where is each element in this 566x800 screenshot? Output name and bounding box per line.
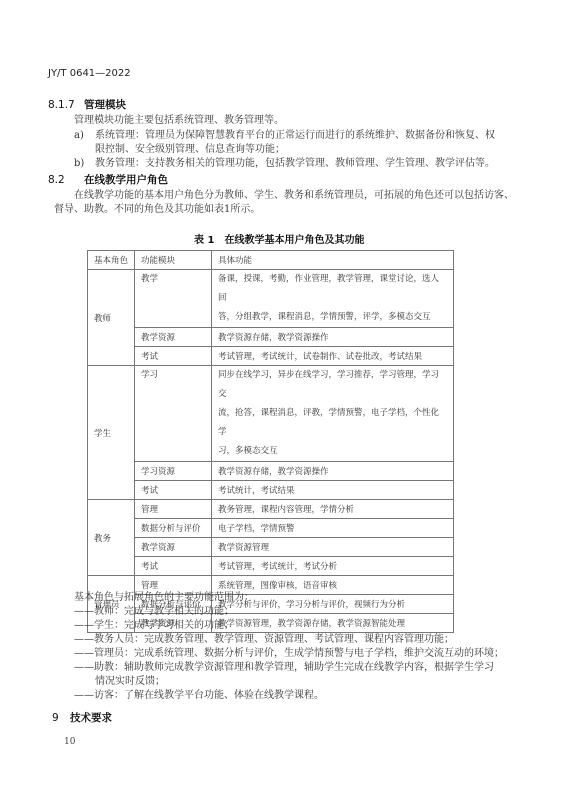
module-cell: 考试 <box>135 557 212 576</box>
table-header-row: 基本角色 功能模块 具体功能 <box>88 251 454 270</box>
module-cell: 考试 <box>135 347 212 366</box>
page-number: 10 <box>64 737 75 747</box>
function-cell: 考试管理，考试统计，试卷制作、试卷批改，考试结果 <box>212 347 454 366</box>
function-cell: 考试统计，考试结果 <box>212 481 454 500</box>
function-cell: 教学资源存储，教学资源操作 <box>212 328 454 347</box>
table-caption: 表 1 在线教学基本用户角色及其功能 <box>194 231 364 246</box>
table-row: 学生 学习 同步在线学习，异步在线学习，学习推荐，学习管理，学习交流，抢答，课程… <box>88 366 454 462</box>
section-number: 8.2 <box>48 174 84 186</box>
function-cell: 同步在线学习，异步在线学习，学习推荐，学习管理，学习交流，抢答，课程消息，评教，… <box>212 366 454 462</box>
module-cell: 管理 <box>135 500 212 519</box>
module-cell: 学习资源 <box>135 462 212 481</box>
section-heading-9: 9技术要求 <box>52 710 112 725</box>
function-cell: 教学资源管理，教学资源存储，教学资源智能处理 <box>212 614 454 633</box>
section-title: 在线教学用户角色 <box>84 174 168 186</box>
list-item-text: 系统管理：管理员为保障智慧教育平台的正常运行而进行的系统维护、数据备份和恢复、权 <box>95 129 495 143</box>
document-number: JY/T 0641—2022 <box>48 68 131 79</box>
function-cell: 教学资源管理 <box>212 538 454 557</box>
module-cell: 考试 <box>135 481 212 500</box>
paragraph: 在线教学功能的基本用户角色分为教师、学生、教务和系统管理员，可拓展的角色还可以包… <box>74 189 514 203</box>
section-heading-8-1-7: 8.1.7管理模块 <box>48 97 126 112</box>
module-cell: 学习 <box>135 366 212 462</box>
table-row: 考试 考试统计，考试结果 <box>88 481 454 500</box>
role-cell: 教务 <box>88 500 135 576</box>
section-number: 9 <box>52 712 70 724</box>
table-row: 教师 教学 备课，授课，考勤，作业管理，教学管理，课堂讨论，选人回答，分组教学，… <box>88 270 454 328</box>
header-cell: 基本角色 <box>88 251 135 270</box>
section-title: 管理模块 <box>84 99 126 111</box>
list-item-marker: a) <box>74 129 84 143</box>
table-row: 学习资源 教学资源存储，教学资源操作 <box>88 462 454 481</box>
list-item-text: 教务管理：支持教务相关的管理功能，包括教学管理、教师管理、学生管理、教学评估等。 <box>95 157 495 171</box>
table-row: 教学资源 教学资源管理 <box>88 538 454 557</box>
dash-list-item: ——教师：完成与教学相关的功能； <box>74 605 234 619</box>
table-row: 教务 管理 教务管理，课程内容管理，学情分析 <box>88 500 454 519</box>
dash-list-item: ——学生：完成与学习相关的功能； <box>74 619 234 633</box>
paragraph: 基本角色与拓展角色的主要功能范围为： <box>74 591 254 605</box>
role-cell: 教师 <box>88 270 135 366</box>
header-cell: 功能模块 <box>135 251 212 270</box>
dash-list-item: ——教务人员：完成教务管理、教学管理、资源管理、考试管理、课程内容管理功能； <box>74 633 454 647</box>
section-title: 技术要求 <box>70 712 112 724</box>
list-item-marker: b) <box>74 157 84 171</box>
list-item-text-cont: 限控制、安全级别管理、信息查询等功能； <box>95 143 285 157</box>
function-line: 备课，授课，考勤，作业管理，教学管理，课堂讨论，选人回 <box>218 270 447 308</box>
table-row: 考试 考试管理，考试统计，考试分析 <box>88 557 454 576</box>
roles-table: 基本角色 功能模块 具体功能 教师 教学 备课，授课，考勤，作业管理，教学管理，… <box>87 250 454 633</box>
dash-list-item-cont: 情况实时反馈； <box>95 675 165 689</box>
table-row: 教学资源 教学资源存储，教学资源操作 <box>88 328 454 347</box>
table-row: 考试 考试管理，考试统计，试卷制作、试卷批改，考试结果 <box>88 347 454 366</box>
section-heading-8-2: 8.2在线教学用户角色 <box>48 172 168 187</box>
module-cell: 数据分析与评价 <box>135 519 212 538</box>
function-line: 答，分组教学，课程消息，学情预警，评学，多模态交互 <box>218 308 447 327</box>
function-line: 流，抢答，课程消息，评教，学情预警，电子学档，个性化学 <box>218 404 447 442</box>
function-cell: 考试管理，考试统计，考试分析 <box>212 557 454 576</box>
function-cell: 备课，授课，考勤，作业管理，教学管理，课堂讨论，选人回答，分组教学，课程消息，学… <box>212 270 454 328</box>
function-cell: 电子学档，学情预警 <box>212 519 454 538</box>
dash-list-item: ——管理员：完成系统管理、数据分析与评价，生成学情预警与电子学档，维护交流互动的… <box>74 647 504 661</box>
section-number: 8.1.7 <box>48 99 84 111</box>
function-cell: 教务管理，课程内容管理，学情分析 <box>212 500 454 519</box>
module-cell: 教学 <box>135 270 212 328</box>
module-cell: 教学资源 <box>135 538 212 557</box>
dash-list-item: ——访客：了解在线教学平台功能、体验在线教学课程。 <box>74 689 324 703</box>
function-line: 习，多模态交互 <box>218 442 447 461</box>
header-cell: 具体功能 <box>212 251 454 270</box>
function-cell: 教学资源存储，教学资源操作 <box>212 462 454 481</box>
module-cell: 教学资源 <box>135 328 212 347</box>
table-row: 数据分析与评价 电子学档，学情预警 <box>88 519 454 538</box>
paragraph-cont: 督导、助教。不同的角色及其功能如表1所示。 <box>54 203 260 217</box>
dash-list-item: ——助教：辅助教师完成教学资源管理和教学管理，辅助学生完成在线教学内容，根据学生… <box>74 661 494 675</box>
paragraph: 管理模块功能主要包括系统管理、教务管理等。 <box>74 114 284 128</box>
function-line: 同步在线学习，异步在线学习，学习推荐，学习管理，学习交 <box>218 366 447 404</box>
role-cell: 学生 <box>88 366 135 500</box>
